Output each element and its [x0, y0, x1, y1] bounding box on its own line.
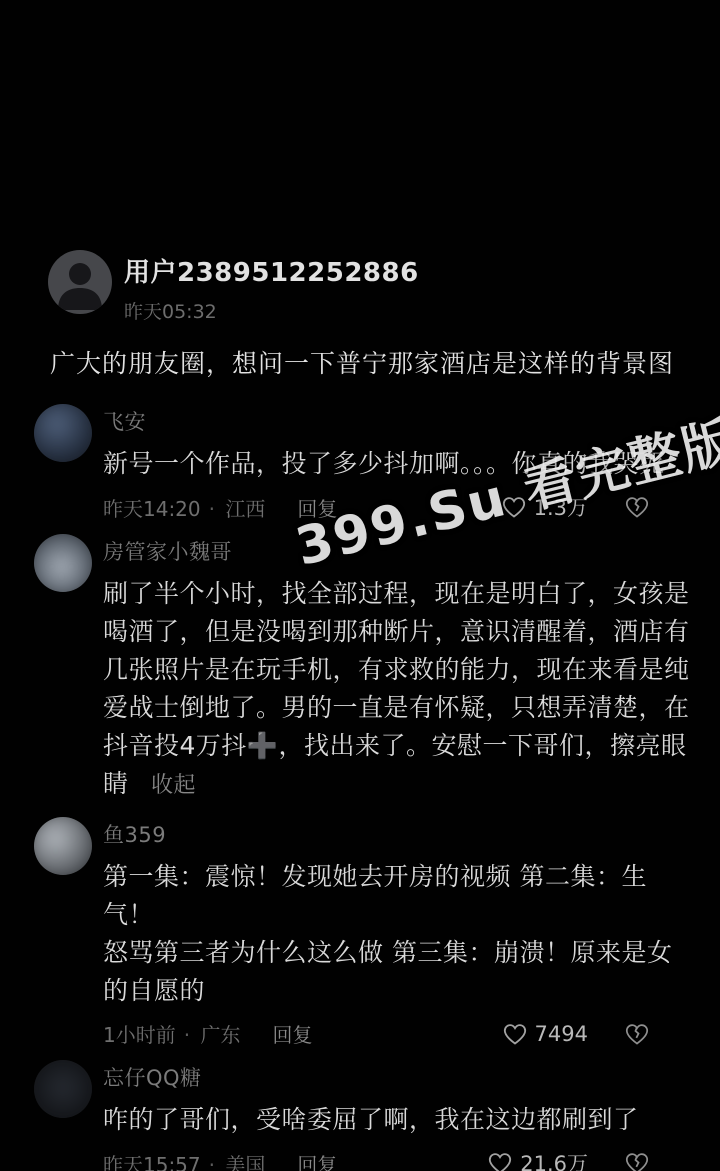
- comment-text: 咋的了哥们，受啥委屈了啊，我在这边都刷到了: [103, 1105, 639, 1134]
- comments-screen: 用户2389512252886 昨天05:32 广大的朋友圈，想问一下普宁那家酒…: [0, 0, 720, 1171]
- dislike-button[interactable]: [624, 1022, 650, 1046]
- comment-text: 第一集：震惊！发现她去开房的视频 第二集：生气！ 怒骂第三者为什么这么做 第三集…: [103, 862, 672, 1005]
- like-button[interactable]: 7494: [502, 1022, 588, 1046]
- avatar-image: [34, 1060, 92, 1118]
- comment-meta: 1小时前 广东 回复 7494: [103, 1019, 694, 1048]
- avatar-image: [34, 404, 92, 462]
- comment-location: 广东: [176, 1019, 241, 1048]
- user-avatar[interactable]: [34, 534, 92, 592]
- heart-icon: [502, 1022, 528, 1046]
- like-count: 7494: [535, 1022, 588, 1046]
- comment-username[interactable]: 忘仔QQ糖: [103, 1060, 694, 1092]
- like-count: 21.6万: [520, 1148, 588, 1171]
- post-username[interactable]: 用户2389512252886: [124, 250, 419, 289]
- reply-button[interactable]: 回复: [297, 1149, 337, 1171]
- post-header: 用户2389512252886 昨天05:32: [48, 250, 720, 324]
- like-button[interactable]: 21.6万: [487, 1148, 588, 1171]
- collapse-button[interactable]: 收起: [151, 773, 196, 798]
- avatar-image: [34, 534, 92, 592]
- broken-heart-icon: [624, 1151, 650, 1171]
- user-avatar[interactable]: [34, 1060, 92, 1118]
- dislike-button[interactable]: [624, 1151, 650, 1171]
- reply-button[interactable]: 回复: [272, 1019, 312, 1048]
- comment-location: 美国: [201, 1149, 266, 1171]
- heart-icon: [487, 1151, 513, 1171]
- user-avatar[interactable]: [34, 817, 92, 875]
- post-text: 广大的朋友圈，想问一下普宁那家酒店是这样的背景图: [50, 346, 680, 382]
- comment-item: 鱼359 第一集：震惊！发现她去开房的视频 第二集：生气！ 怒骂第三者为什么这么…: [34, 817, 720, 1048]
- user-avatar[interactable]: [34, 404, 92, 462]
- comment-location: 江西: [201, 493, 266, 522]
- comment-timestamp: 昨天14:20: [103, 493, 201, 522]
- comment-text: 刷了半个小时，找全部过程，现在是明白了，女孩是 喝酒了，但是没喝到那种断片，意识…: [103, 579, 690, 798]
- comment-username[interactable]: 鱼359: [103, 817, 694, 849]
- post: 用户2389512252886 昨天05:32 广大的朋友圈，想问一下普宁那家酒…: [0, 0, 720, 382]
- comment-item: 房管家小魏哥 刷了半个小时，找全部过程，现在是明白了，女孩是 喝酒了，但是没喝到…: [34, 534, 720, 805]
- default-user-avatar[interactable]: [48, 250, 112, 314]
- comment-timestamp: 1小时前: [103, 1019, 176, 1048]
- broken-heart-icon: [624, 1022, 650, 1046]
- avatar-image: [34, 817, 92, 875]
- person-icon: [48, 250, 112, 314]
- post-timestamp: 昨天05:32: [124, 297, 419, 324]
- comment-timestamp: 昨天15:57: [103, 1149, 201, 1171]
- comment-item: 忘仔QQ糖 咋的了哥们，受啥委屈了啊，我在这边都刷到了 昨天15:57 美国 回…: [34, 1060, 720, 1171]
- comment-meta: 昨天15:57 美国 回复 21.6万: [103, 1148, 694, 1171]
